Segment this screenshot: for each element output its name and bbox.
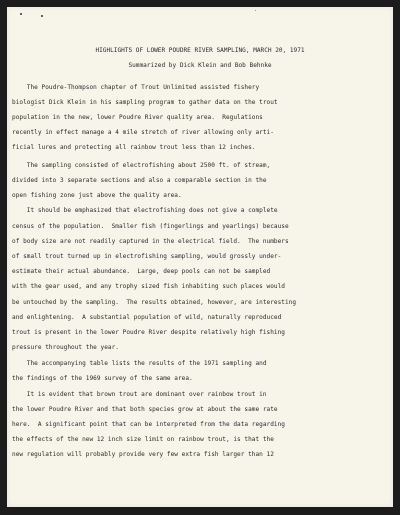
body-line: The accompanying table lists the results…: [12, 360, 267, 367]
body-line: pressure throughout the year.: [12, 344, 119, 351]
ink-speck: [41, 15, 43, 17]
body-line: It is evident that brown trout are domin…: [12, 391, 267, 398]
body-line: biologist Dick Klein in his sampling pro…: [12, 99, 278, 106]
body-line: open fishing zone just above the quality…: [12, 192, 182, 199]
body-line: new regulation will probably provide ver…: [12, 451, 274, 458]
body-line: divided into 3 separate sections and als…: [12, 177, 267, 184]
body-line: and enlightening. A substantial populati…: [12, 314, 281, 321]
body-line: of small trout turned up in electrofishi…: [12, 253, 281, 260]
body-line: here. A significant point that can be in…: [12, 421, 285, 428]
ink-speck: [20, 13, 22, 15]
body-line: of body size are not readily captured in…: [12, 238, 289, 245]
document-title: HIGHLIGHTS OF LOWER POUDRE RIVER SAMPLIN…: [7, 47, 393, 54]
ink-speck: [255, 10, 256, 11]
body-line: It should be emphasized that electrofish…: [12, 207, 278, 214]
body-line: recently in effect manage a 4 mile stret…: [12, 129, 274, 136]
body-line: the effects of the new 12 inch size limi…: [12, 436, 274, 443]
document-page: HIGHLIGHTS OF LOWER POUDRE RIVER SAMPLIN…: [7, 7, 393, 507]
body-line: census of the population. Smaller fish (…: [12, 223, 289, 230]
body-line: the lower Poudre River and that both spe…: [12, 406, 278, 413]
body-line: The sampling consisted of electrofishing…: [12, 162, 270, 169]
document-byline: Summarized by Dick Klein and Bob Behnke: [7, 62, 393, 69]
body-line: trout is present in the lower Poudre Riv…: [12, 329, 285, 336]
body-line: with the gear used, and any trophy sized…: [12, 283, 285, 290]
body-line: The Poudre-Thompson chapter of Trout Unl…: [12, 84, 259, 91]
body-line: ficial lures and protecting all rainbow …: [12, 144, 255, 151]
body-line: population in the new, lower Poudre Rive…: [12, 114, 263, 121]
body-line: estimate their actual abundance. Large, …: [12, 268, 270, 275]
body-line: be untouched by the sampling. The result…: [12, 299, 296, 306]
body-line: the findings of the 1969 survey of the s…: [12, 375, 193, 382]
